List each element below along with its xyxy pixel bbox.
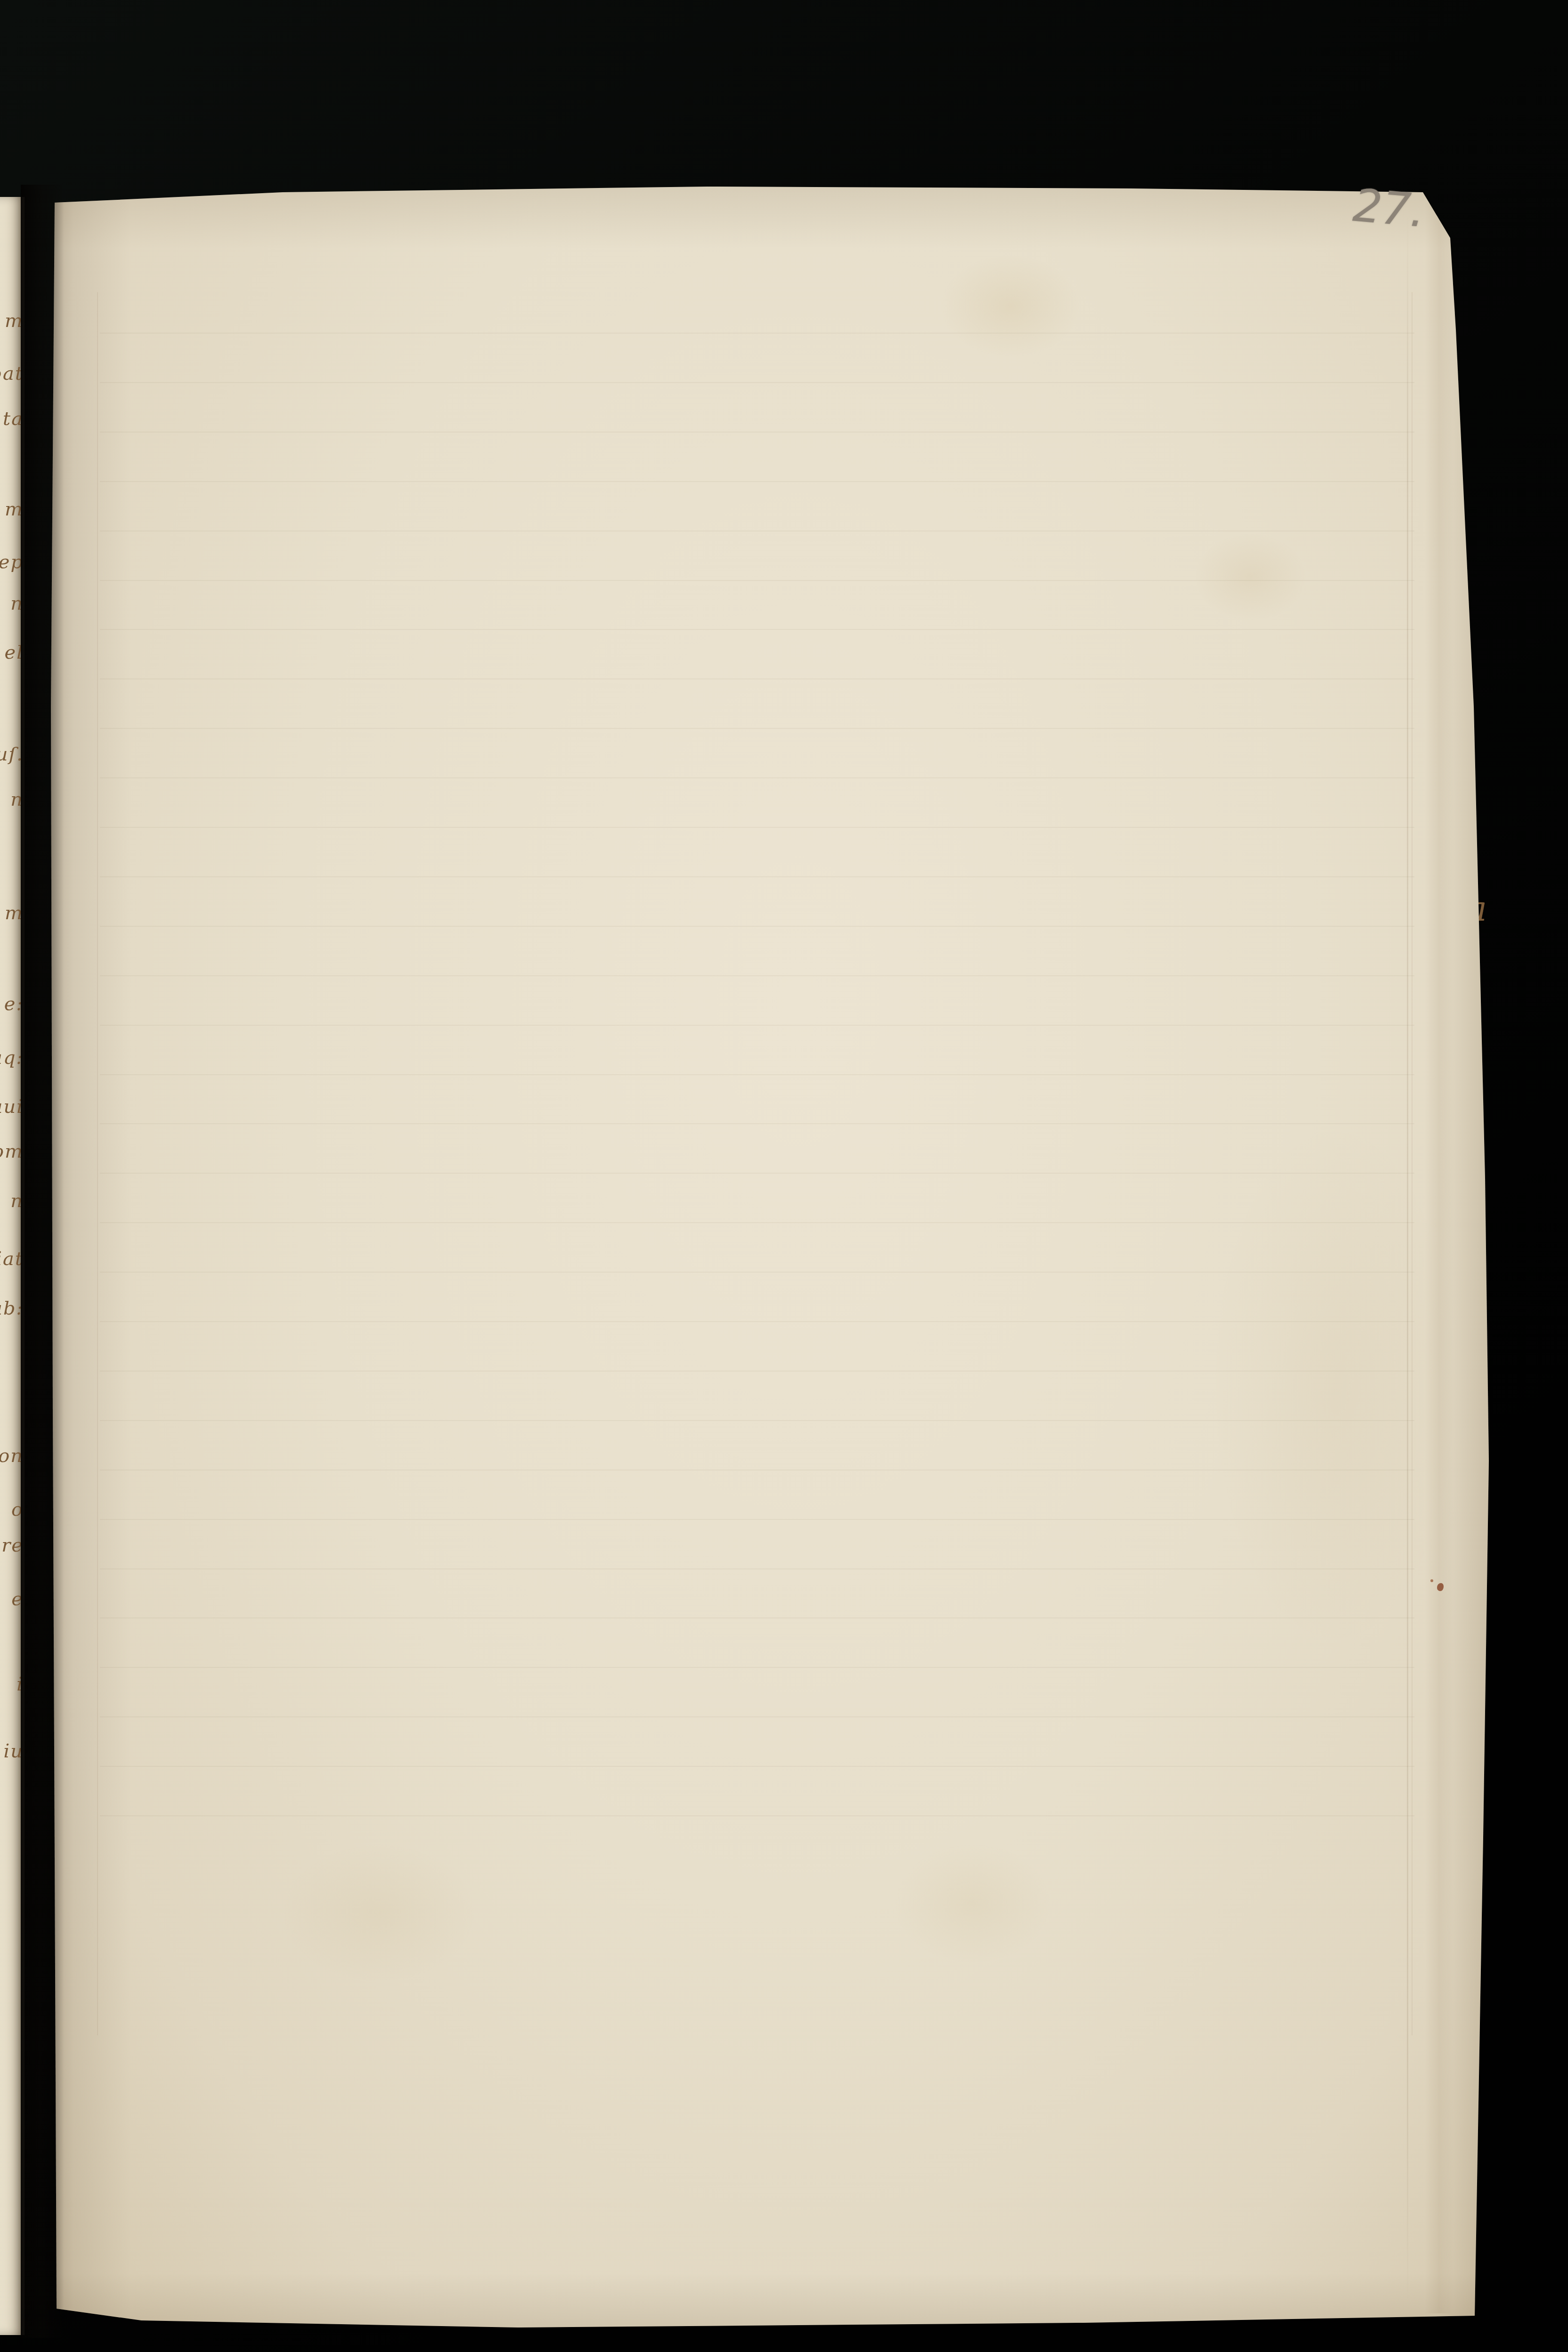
gutter-fragment: re: [1, 1535, 24, 1556]
gutter-fragment: ub:: [0, 1298, 24, 1319]
gutter-fragment: bat: [0, 363, 24, 384]
ruling-line: [100, 1519, 1414, 1520]
gutter-fragment: aq:: [0, 1047, 24, 1069]
parchment-page: [44, 184, 1495, 2338]
manuscript-photo: mbattamnepneluſ.nme:aq:uuiomnciatub:onor…: [0, 0, 1568, 2352]
gutter-fragment: on: [0, 1445, 24, 1467]
page-number: 27.: [1351, 179, 1427, 238]
ink-speck: [1430, 1579, 1433, 1582]
ruling-line: [100, 1321, 1414, 1322]
page-crease: [1407, 212, 1408, 2304]
ruling-line: [100, 1667, 1414, 1668]
ruling-line: [100, 481, 1414, 482]
ruling-line: [100, 580, 1414, 581]
gutter-fragment: uui: [0, 1096, 24, 1118]
ruling-line: [100, 1123, 1414, 1124]
ruling-line: [100, 1371, 1414, 1372]
ruling-line: [100, 1815, 1414, 1816]
ruling-margin-line: [97, 292, 98, 2035]
ruling-line: [100, 975, 1414, 976]
binding-gutter-shadow: [21, 185, 64, 2338]
ruling-line: [100, 827, 1414, 828]
ruling-line: [100, 1617, 1414, 1618]
page-curvature-shading: [1425, 203, 1453, 2313]
gutter-fragment: om: [0, 1141, 24, 1162]
ruling-line: [100, 333, 1414, 334]
ruling-line: [100, 629, 1414, 630]
ruling-line: [100, 382, 1414, 383]
ruling-line: [100, 1470, 1414, 1470]
ruling-line: [100, 1025, 1414, 1026]
gutter-fragment: ciat: [0, 1248, 24, 1270]
ruling-line: [100, 1272, 1414, 1273]
ruling-line: [100, 777, 1414, 778]
ruling-line: [100, 728, 1414, 729]
ruling-line: [100, 1420, 1414, 1421]
ruling-line: [100, 876, 1414, 877]
ruling-line: [100, 1222, 1414, 1223]
ruling-line: [100, 531, 1414, 531]
gutter-fragment: uſ.: [0, 743, 24, 765]
page-edge-shading: [44, 184, 1495, 2338]
ruling-line: [100, 1173, 1414, 1174]
ruling-line: [100, 1568, 1414, 1569]
ruling-line: [100, 1716, 1414, 1717]
ruling-line: [100, 432, 1414, 433]
gutter-fragment: nep: [0, 551, 24, 573]
ruling-line: [100, 1766, 1414, 1767]
ruling-line: [100, 1074, 1414, 1075]
ruling-line: [100, 678, 1414, 679]
ruling-line: [100, 926, 1414, 927]
ruling-margin-line: [1412, 292, 1413, 2035]
